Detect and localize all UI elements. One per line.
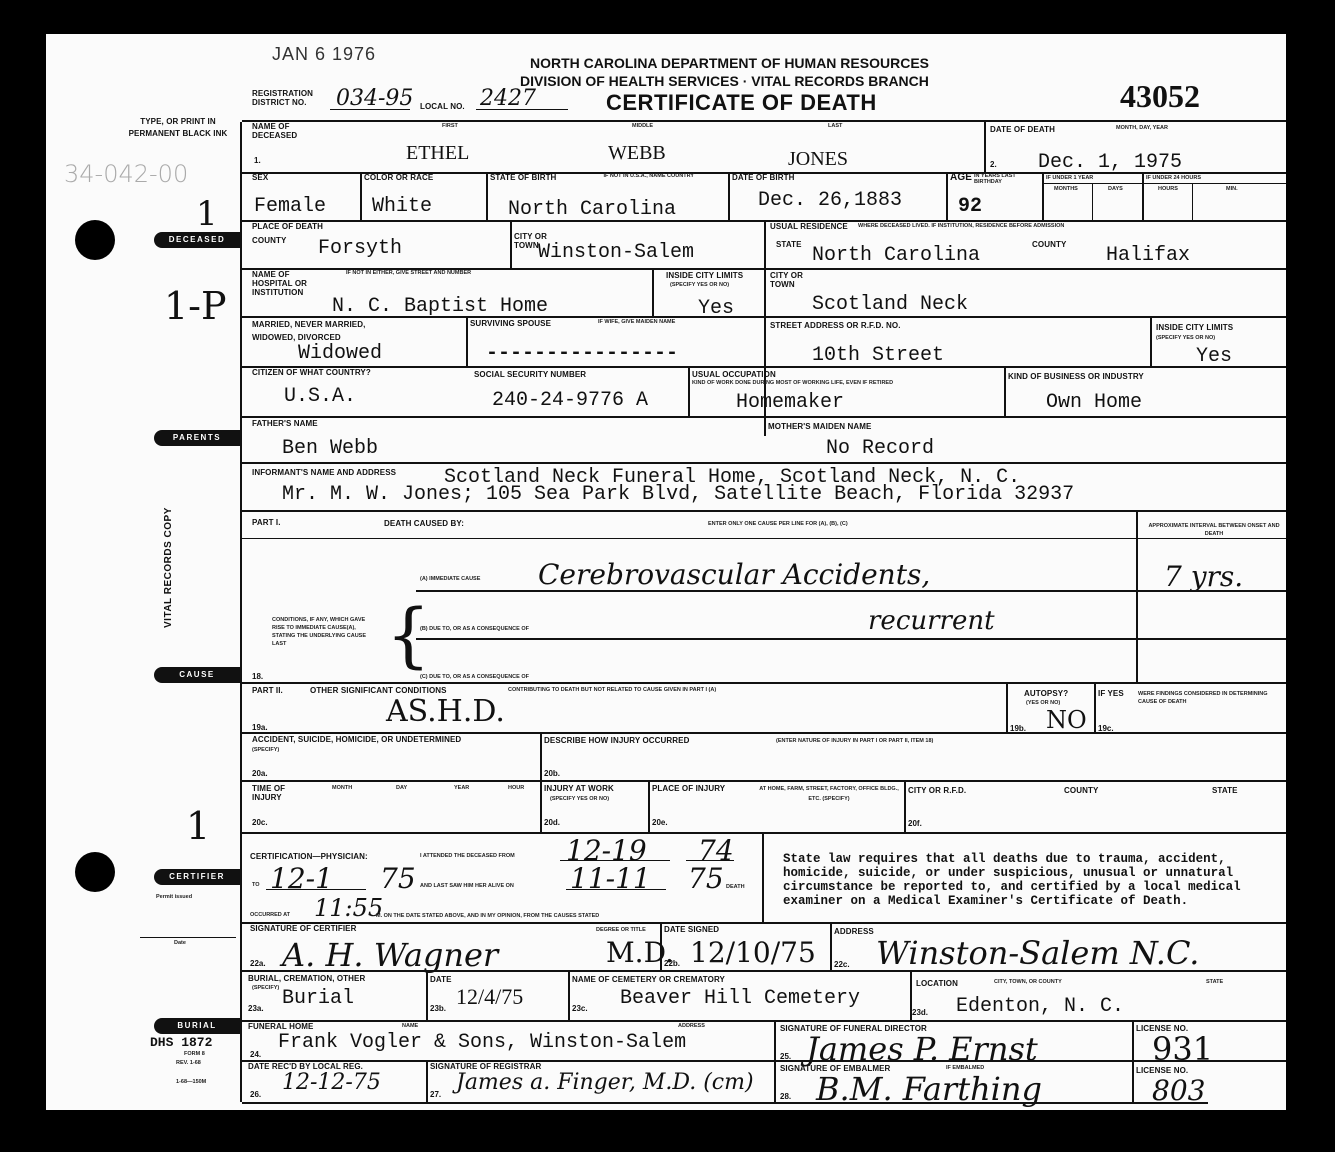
- under-24-hours-label: IF UNDER 24 HOURS: [1146, 175, 1201, 181]
- middle-name: WEBB: [608, 142, 666, 164]
- date-label: Date: [174, 940, 186, 946]
- date-received: 12-12-75: [282, 1070, 381, 1095]
- last-name: JONES: [788, 148, 848, 170]
- state-of-birth-note: IF NOT IN U.S.A., NAME COUNTRY: [576, 173, 694, 179]
- residence-label: USUAL RESIDENCE: [770, 222, 848, 231]
- injury-how-note: (ENTER NATURE OF INJURY IN PART I OR PAR…: [776, 738, 933, 744]
- name-label: NAME OF DECEASED: [252, 122, 312, 140]
- mother-maiden-name: No Record: [826, 438, 934, 460]
- certificate-title: CERTIFICATE OF DEATH: [606, 90, 877, 116]
- division-heading: DIVISION OF HEALTH SERVICES · VITAL RECO…: [520, 73, 929, 89]
- hospital: N. C. Baptist Home: [332, 296, 548, 318]
- attended-to-year: 75: [380, 862, 416, 895]
- day-label: DAY: [396, 785, 407, 791]
- section-tab-cause: CAUSE: [154, 667, 240, 683]
- informant-line-2: Mr. M. W. Jones; 105 Sea Park Blvd, Sate…: [282, 484, 1074, 506]
- autopsy-label: AUTOPSY?: [1024, 689, 1068, 698]
- permit-issued-label: Permit issued: [156, 894, 192, 900]
- res-state-label: STATE: [776, 240, 802, 249]
- margin-mark-1: 1: [196, 194, 218, 234]
- informant-label: INFORMANT'S NAME AND ADDRESS: [252, 468, 396, 477]
- cemetery-label: NAME OF CEMETERY OR CREMATORY: [572, 975, 725, 984]
- spouse-label: SURVIVING SPOUSE: [470, 319, 551, 328]
- manner-specify: (SPECIFY): [252, 747, 279, 753]
- street-address: 10th Street: [812, 345, 944, 367]
- father-label: FATHER'S NAME: [252, 419, 318, 428]
- inside-city-note: (SPECIFY YES OR NO): [670, 282, 729, 288]
- findings-note: WERE FINDINGS CONSIDERED IN DETERMINING …: [1138, 690, 1284, 706]
- under-1-year-label: IF UNDER 1 YEAR: [1046, 175, 1093, 181]
- res-city: Scotland Neck: [812, 294, 968, 316]
- sex-label: SEX: [252, 173, 268, 182]
- certificate-number: 43052: [1120, 78, 1200, 115]
- date-of-birth: Dec. 26,1883: [758, 190, 902, 212]
- state-of-birth-label: STATE OF BIRTH: [490, 173, 556, 182]
- part2-label: PART II.: [252, 686, 283, 695]
- fh-address-label: ADDRESS: [678, 1023, 705, 1029]
- certifier-address-label: ADDRESS: [834, 927, 874, 936]
- hospital-note: IF NOT IN EITHER, GIVE STREET AND NUMBER: [346, 270, 471, 276]
- middle-label: MIDDLE: [632, 123, 653, 129]
- death-label: DEATH: [726, 884, 745, 890]
- age: 92: [958, 196, 982, 218]
- age-note: IN YEARS LAST BIRTHDAY: [974, 173, 1034, 185]
- occurred-suffix: M. ON THE DATE STATED ABOVE, AND IN MY O…: [376, 913, 599, 919]
- certifier-address: Winston-Salem N.C.: [876, 934, 1199, 972]
- father-name: Ben Webb: [282, 438, 378, 460]
- sex: Female: [254, 196, 326, 218]
- director-signature: James P. Ernst: [806, 1030, 1038, 1068]
- county-label: COUNTY: [252, 236, 286, 245]
- enter-cause-note: ENTER ONLY ONE CAUSE PER LINE FOR (a), (…: [708, 521, 848, 527]
- certifier-signature: A. H. Wagner: [282, 936, 498, 974]
- burial-location: Edenton, N. C.: [956, 996, 1124, 1018]
- last-saw-year: 75: [688, 862, 724, 895]
- other-conditions: AS.H.D.: [386, 694, 505, 729]
- month-label: MONTH: [332, 785, 352, 791]
- res-inside-city: Yes: [1196, 346, 1232, 368]
- due-to-c-label: (c) DUE TO, OR AS A CONSEQUENCE OF: [420, 674, 529, 680]
- ink-instructions: TYPE, OR PRINT IN PERMANENT BLACK INK: [128, 116, 228, 140]
- mother-label: MOTHER'S MAIDEN NAME: [768, 422, 871, 431]
- pencil-code: 34-042-00: [64, 160, 188, 188]
- occupation: Homemaker: [736, 392, 844, 414]
- surviving-spouse: ----------------: [486, 343, 678, 365]
- death-caused-by-label: DEATH CAUSED BY:: [384, 519, 464, 528]
- registration-district-no: 034-95: [336, 86, 413, 111]
- part1-label: PART I.: [252, 518, 281, 527]
- section-tab-deceased: DECEASED: [154, 232, 240, 248]
- place-of-injury-label: PLACE OF INJURY: [652, 784, 725, 793]
- interval-label: APPROXIMATE INTERVAL BETWEEN ONSET AND D…: [1144, 522, 1284, 538]
- last-saw-date: 11-11: [570, 862, 651, 895]
- res-inside-city-label: INSIDE CITY LIMITS: [1156, 323, 1233, 332]
- disposition-label: BURIAL, CREMATION, OTHER: [248, 974, 365, 983]
- months-label: MONTHS: [1054, 186, 1078, 192]
- mdy-label: MONTH, DAY, YEAR: [1116, 125, 1168, 131]
- immediate-cause-label: (a) IMMEDIATE CAUSE: [420, 576, 480, 582]
- marital-label: MARRIED, NEVER MARRIED, WIDOWED, DIVORCE…: [252, 318, 382, 344]
- place-of-injury-note: AT HOME, FARM, STREET, FACTORY, OFFICE B…: [756, 784, 902, 804]
- fh-name-label: NAME: [402, 1023, 418, 1029]
- location-label: LOCATION: [916, 979, 958, 988]
- degree-label: DEGREE OR TITLE: [596, 927, 646, 933]
- race-label: COLOR OR RACE: [364, 173, 433, 182]
- death-certificate-page: JAN 6 1976 NORTH CAROLINA DEPARTMENT OF …: [46, 34, 1286, 1110]
- vital-records-copy-label: VITAL RECORDS COPY: [164, 507, 173, 628]
- hour-label: HOUR: [508, 785, 524, 791]
- brace: {: [386, 594, 431, 676]
- date-signed-label: DATE SIGNED: [664, 925, 719, 934]
- director-license: 931: [1152, 1030, 1213, 1068]
- residence-note: WHERE DECEASED LIVED. IF INSTITUTION, RE…: [858, 223, 1064, 229]
- section-tab-burial: BURIAL: [154, 1018, 240, 1034]
- res-inside-city-note: (SPECIFY YES OR NO): [1156, 335, 1215, 341]
- occupation-note: KIND OF WORK DONE DURING MOST OF WORKING…: [692, 380, 893, 386]
- funeral-home: Frank Vogler & Sons, Winston-Salem: [278, 1032, 686, 1054]
- due-to-b: recurrent: [868, 606, 995, 636]
- date-of-death: Dec. 1, 1975: [1038, 152, 1182, 174]
- spouse-note: IF WIFE, GIVE MAIDEN NAME: [598, 319, 675, 325]
- immediate-cause: Cerebrovascular Accidents,: [538, 558, 930, 591]
- print-run: 1-68—150m: [176, 1079, 206, 1085]
- hours-label: HOURS: [1158, 186, 1178, 192]
- race: White: [372, 196, 432, 218]
- citizenship: U.S.A.: [284, 386, 356, 408]
- registrar-signature: James a. Finger, M.D. (cm): [456, 1070, 754, 1095]
- injury-how-label: DESCRIBE HOW INJURY OCCURRED: [544, 736, 689, 745]
- date-of-death-label: DATE OF DEATH: [990, 125, 1055, 134]
- punch-hole-top: [75, 220, 115, 260]
- injury-state-label: STATE: [1212, 786, 1238, 795]
- marital-status: Widowed: [298, 343, 382, 365]
- local-no-label: LOCAL NO.: [420, 102, 465, 111]
- occurred-time: 11:55: [314, 894, 383, 922]
- attended-to-date: 12-1: [270, 862, 333, 895]
- form-rev: REV. 1-68: [176, 1060, 201, 1066]
- autopsy: NO: [1046, 706, 1087, 734]
- disposition: Burial: [282, 988, 354, 1010]
- medical-examiner-notice: State law requires that all deaths due t…: [783, 852, 1243, 908]
- hospital-label: NAME OF HOSPITAL OR INSTITUTION: [252, 270, 322, 297]
- city-rfd-label: CITY OR R.F.D.: [908, 786, 966, 795]
- street-label: STREET ADDRESS OR R.F.D. No.: [770, 321, 901, 330]
- days-label: DAYS: [1108, 186, 1123, 192]
- punch-hole-bottom: [75, 852, 115, 892]
- min-label: MIN.: [1226, 186, 1238, 192]
- section-tab-certifier: CERTIFIER: [154, 869, 240, 885]
- margin-mark-3: 1: [186, 804, 210, 848]
- cemetery: Beaver Hill Cemetery: [620, 988, 860, 1010]
- location-note: CITY, TOWN, OR COUNTY: [994, 979, 1062, 985]
- injury-county-label: COUNTY: [1064, 786, 1098, 795]
- res-state: North Carolina: [812, 245, 980, 267]
- certifier-signature-label: SIGNATURE OF CERTIFIER: [250, 924, 357, 933]
- disposition-specify: (SPECIFY): [252, 985, 279, 991]
- first-name: ETHEL: [406, 142, 469, 164]
- res-county: Halifax: [1106, 245, 1190, 267]
- onset-interval: 7 yrs.: [1164, 560, 1243, 593]
- manner-label: ACCIDENT, SUICIDE, HOMICIDE, OR UNDETERM…: [252, 735, 461, 744]
- place-of-death-label: PLACE OF DEATH: [252, 222, 323, 231]
- ssn-label: SOCIAL SECURITY NUMBER: [474, 370, 586, 379]
- county: Forsyth: [318, 238, 402, 260]
- department-heading: NORTH CAROLINA DEPARTMENT OF HUMAN RESOU…: [530, 55, 929, 71]
- certification-label: CERTIFICATION—PHYSICIAN:: [250, 852, 368, 861]
- margin-mark-2: 1-P: [164, 284, 227, 328]
- age-label: AGE: [950, 173, 972, 182]
- section-tab-parents: PARENTS: [154, 430, 240, 446]
- if-yes-label: IF YES: [1098, 689, 1124, 698]
- registration-district-label: REGISTRATION DISTRICT NO.: [252, 89, 330, 107]
- year-label: YEAR: [454, 785, 469, 791]
- at-work-label: INJURY AT WORK: [544, 784, 614, 793]
- at-work-note: (SPECIFY YES OR NO): [550, 796, 609, 802]
- date-signed: 12/10/75: [690, 936, 816, 969]
- burial-date-label: DATE: [430, 975, 452, 984]
- business-label: KIND OF BUSINESS OR INDUSTRY: [1008, 372, 1144, 381]
- business: Own Home: [1046, 392, 1142, 414]
- other-conditions-note: CONTRIBUTING TO DEATH BUT NOT RELATED TO…: [508, 687, 716, 693]
- inside-city-label: INSIDE CITY LIMITS: [666, 271, 743, 280]
- burial-date: 12/4/75: [456, 986, 523, 1008]
- first-label: FIRST: [442, 123, 458, 129]
- time-of-injury-label: TIME OF INJURY: [252, 784, 292, 802]
- due-to-b-label: (b) DUE TO, OR AS A CONSEQUENCE OF: [420, 626, 529, 632]
- form-no: FORM 8: [184, 1051, 205, 1057]
- date-of-birth-label: DATE OF BIRTH: [732, 173, 794, 182]
- social-security-number: 240-24-9776 A: [492, 390, 648, 412]
- location-state-label: STATE: [1206, 979, 1223, 985]
- form-id: DHS 1872: [150, 1035, 212, 1050]
- last-label: LAST: [828, 123, 842, 129]
- occupation-label: USUAL OCCUPATION: [692, 370, 776, 379]
- city: Winston-Salem: [538, 242, 694, 264]
- occurred-label: OCCURRED AT: [250, 912, 290, 918]
- local-no: 2427: [480, 86, 536, 111]
- res-city-label: CITY OR TOWN: [770, 271, 806, 289]
- received-stamp: JAN 6 1976: [272, 44, 376, 65]
- citizen-label: CITIZEN OF WHAT COUNTRY?: [252, 368, 371, 377]
- last-saw-label: AND LAST SAW HIM HER ALIVE ON: [420, 883, 514, 889]
- conditions-label: CONDITIONS, IF ANY, WHICH GAVE RISE TO I…: [272, 616, 372, 648]
- state-of-birth: North Carolina: [508, 199, 676, 221]
- attended-label: I ATTENDED THE DECEASED FROM: [420, 853, 515, 859]
- res-county-label: COUNTY: [1032, 240, 1066, 249]
- funeral-home-label: FUNERAL HOME: [248, 1022, 314, 1031]
